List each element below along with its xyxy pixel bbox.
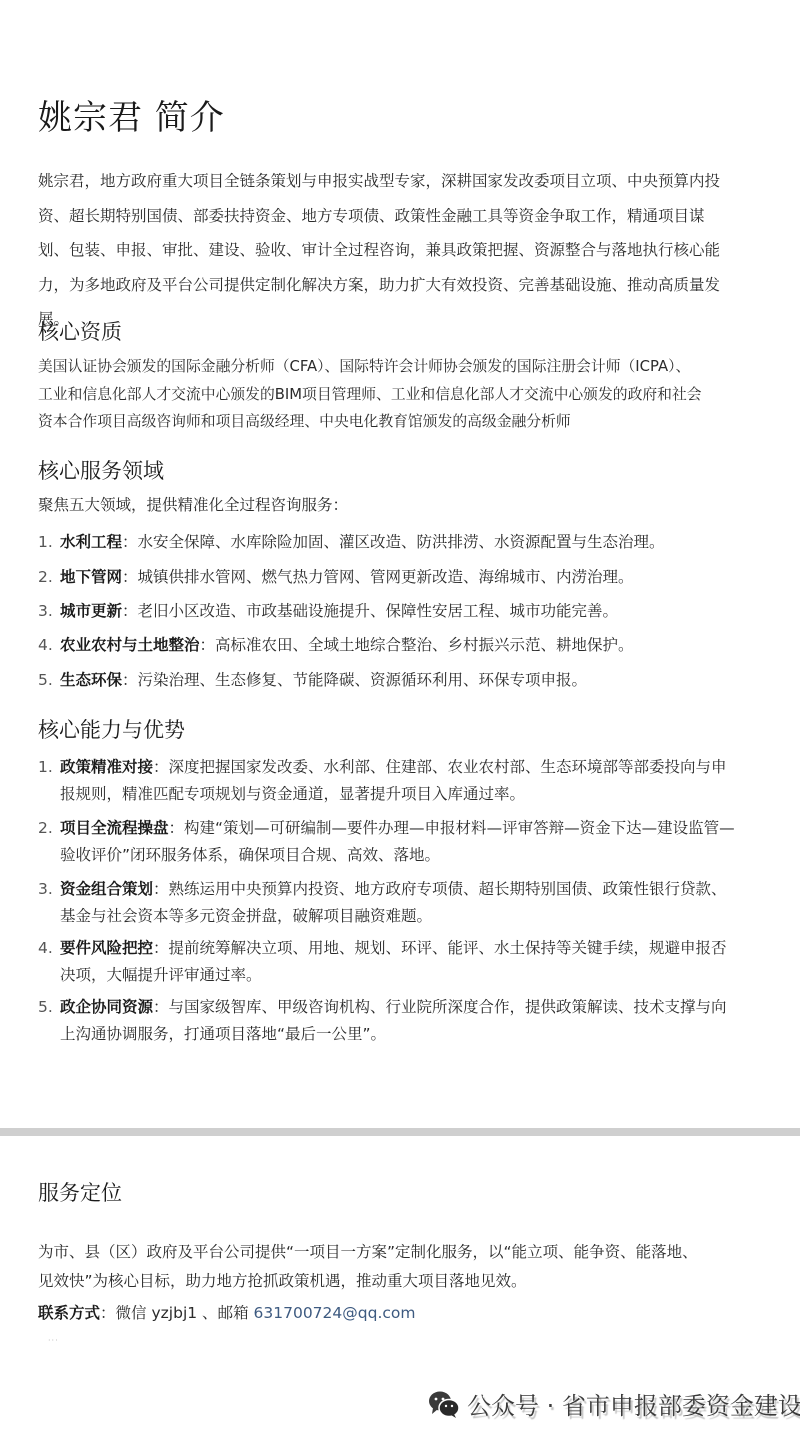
wechat-id[interactable]: yzjbj1 [151,1304,197,1322]
intro-line: 展。 [38,302,768,337]
item-text: 老旧小区改造、市政基础设施提升、保障性安居工程、城市功能完善。 [138,602,619,620]
item-text-continued: 报规则，精准匹配专项规划与资金通道，显著提升项目入库通过率。 [38,781,778,808]
qualification-line: 美国认证协会颁发的国际金融分析师（CFA）、国际特许会计师协会颁发的国际注册会计… [38,353,768,381]
item-text-continued: 决项，大幅提升评审通过率。 [38,962,778,989]
item-text: 与国家级智库、甲级咨询机构、行业院所深度合作，提供政策解读、技术支撑与向 [169,998,727,1016]
item-text: 熟练运用中央预算内投资、地方政府专项债、超长期特别国债、政策性银行贷款、 [169,880,727,898]
separator: ： [153,758,169,776]
strength-item: 4.要件风险把控：提前统筹解决立项、用地、规划、环评、能评、水土保持等关键手续，… [38,935,778,989]
list-number: 4. [38,636,60,654]
item-title: 要件风险把控 [60,939,153,957]
separator: ： [200,636,216,654]
service-areas-intro: 聚焦五大领域，提供精准化全过程咨询服务： [38,494,768,516]
item-title: 政策精准对接 [60,758,153,776]
separator: ： [122,602,138,620]
contact-info: 联系方式：微信 yzjbj1 、邮箱 631700724@qq.com [38,1301,768,1325]
item-text: 构建“策划—可研编制—要件办理—申报材料—评审答辩—资金下达—建设监管— [184,819,735,837]
item-title: 政企协同资源 [60,998,153,1016]
item-text: 城镇供排水管网、燃气热力管网、管网更新改造、海绵城市、内涝治理。 [138,568,634,586]
item-text: 提前统筹解决立项、用地、规划、环评、能评、水土保持等关键手续，规避申报否 [169,939,727,957]
item-title: 地下管网 [60,568,122,586]
list-number: 1. [38,754,60,781]
item-title: 水利工程 [60,533,122,551]
list-number: 3. [38,602,60,620]
wechat-label: 微信 [116,1304,147,1322]
item-text: 水安全保障、水库除险加固、灌区改造、防洪排涝、水资源配置与生态治理。 [138,533,665,551]
separator: ： [122,533,138,551]
intro-line: 姚宗君，地方政府重大项目全链条策划与申报实战型专家，深耕国家发改委项目立项、中央… [38,164,768,199]
list-number: 2. [38,815,60,842]
item-title: 农业农村与土地整治 [60,636,200,654]
item-text: 污染治理、生态修复、节能降碳、资源循环利用、环保专项申报。 [138,671,588,689]
separator: ： [122,568,138,586]
positioning-line: 为市、县（区）政府及平台公司提供“一项目一方案”定制化服务，以“能立项、能争资、… [38,1238,768,1267]
page-title: 姚宗君 简介 [38,90,225,139]
wechat-icon [427,1389,461,1419]
positioning-paragraph: 为市、县（区）政府及平台公司提供“一项目一方案”定制化服务，以“能立项、能争资、… [38,1238,768,1296]
service-areas-heading: 核心服务领域 [38,455,164,485]
service-area-item: 4.农业农村与土地整治：高标准农田、全域土地综合整治、乡村振兴示范、耕地保护。 [38,633,778,655]
contact-label: 联系方式 [38,1304,100,1322]
qualifications-paragraph: 美国认证协会颁发的国际金融分析师（CFA）、国际特许会计师协会颁发的国际注册会计… [38,353,768,436]
list-number: 5. [38,994,60,1021]
wechat-watermark: 公众号 · 省市申报部委资金建设 [427,1386,800,1421]
section-divider [0,1128,800,1136]
list-number: 4. [38,935,60,962]
item-text-continued: 验收评价”闭环服务体系，确保项目合规、高效、落地。 [38,842,778,869]
list-number: 3. [38,876,60,903]
qualifications-heading: 核心资质 [38,316,122,346]
separator: ： [100,1304,116,1322]
separator: ： [153,880,169,898]
strength-item: 3.资金组合策划：熟练运用中央预算内投资、地方政府专项债、超长期特别国债、政策性… [38,876,778,930]
positioning-line: 见效快”为核心目标，助力地方抢抓政策机遇，推动重大项目落地见效。 [38,1267,768,1296]
service-area-item: 1.水利工程：水安全保障、水库除险加固、灌区改造、防洪排涝、水资源配置与生态治理… [38,530,778,552]
email-label: 邮箱 [218,1304,249,1322]
strength-item: 2.项目全流程操盘：构建“策划—可研编制—要件办理—申报材料—评审答辩—资金下达… [38,815,778,869]
list-number: 2. [38,568,60,586]
intro-paragraph: 姚宗君，地方政府重大项目全链条策划与申报实战型专家，深耕国家发改委项目立项、中央… [38,164,768,337]
intro-line: 划、包装、申报、审批、建设、验收、审计全过程咨询，兼具政策把握、资源整合与落地执… [38,233,768,268]
separator: ： [153,998,169,1016]
qualification-line: 资本合作项目高级咨询师和项目高级经理、中央电化教育馆颁发的高级金融分析师 [38,408,768,436]
item-title: 项目全流程操盘 [60,819,169,837]
separator: ： [153,939,169,957]
list-number: 5. [38,671,60,689]
item-title: 城市更新 [60,602,122,620]
separator: ： [169,819,185,837]
positioning-heading: 服务定位 [38,1177,122,1207]
email-link[interactable]: 631700724@qq.com [254,1304,416,1322]
service-area-item: 5.生态环保：污染治理、生态修复、节能降碳、资源循环利用、环保专项申报。 [38,668,778,690]
intro-line: 力，为多地政府及平台公司提供定制化解决方案，助力扩大有效投资、完善基础设施、推动… [38,268,768,303]
qualification-line: 工业和信息化部人才交流中心颁发的BIM项目管理师、工业和信息化部人才交流中心颁发… [38,381,768,409]
service-area-item: 2.地下管网：城镇供排水管网、燃气热力管网、管网更新改造、海绵城市、内涝治理。 [38,565,778,587]
item-title: 生态环保 [60,671,122,689]
list-number: 1. [38,533,60,551]
intro-line: 资、超长期特别国债、部委扶持资金、地方专项债、政策性金融工具等资金争取工作，精通… [38,199,768,234]
service-area-item: 3.城市更新：老旧小区改造、市政基础设施提升、保障性安居工程、城市功能完善。 [38,599,778,621]
item-title: 资金组合策划 [60,880,153,898]
watermark-text: 公众号 · 省市申报部委资金建设 [467,1386,800,1421]
strengths-heading: 核心能力与优势 [38,714,185,744]
item-text-continued: 基金与社会资本等多元资金拼盘，破解项目融资难题。 [38,903,778,930]
ellipsis-marker: ··· [48,1336,59,1345]
item-text: 深度把握国家发改委、水利部、住建部、农业农村部、生态环境部等部委投向与申 [169,758,727,776]
strength-item: 1.政策精准对接：深度把握国家发改委、水利部、住建部、农业农村部、生态环境部等部… [38,754,778,808]
strength-item: 5.政企协同资源：与国家级智库、甲级咨询机构、行业院所深度合作，提供政策解读、技… [38,994,778,1048]
item-text: 高标准农田、全域土地综合整治、乡村振兴示范、耕地保护。 [215,636,634,654]
item-text-continued: 上沟通协调服务，打通项目落地“最后一公里”。 [38,1021,778,1048]
separator: 、 [202,1304,218,1322]
separator: ： [122,671,138,689]
